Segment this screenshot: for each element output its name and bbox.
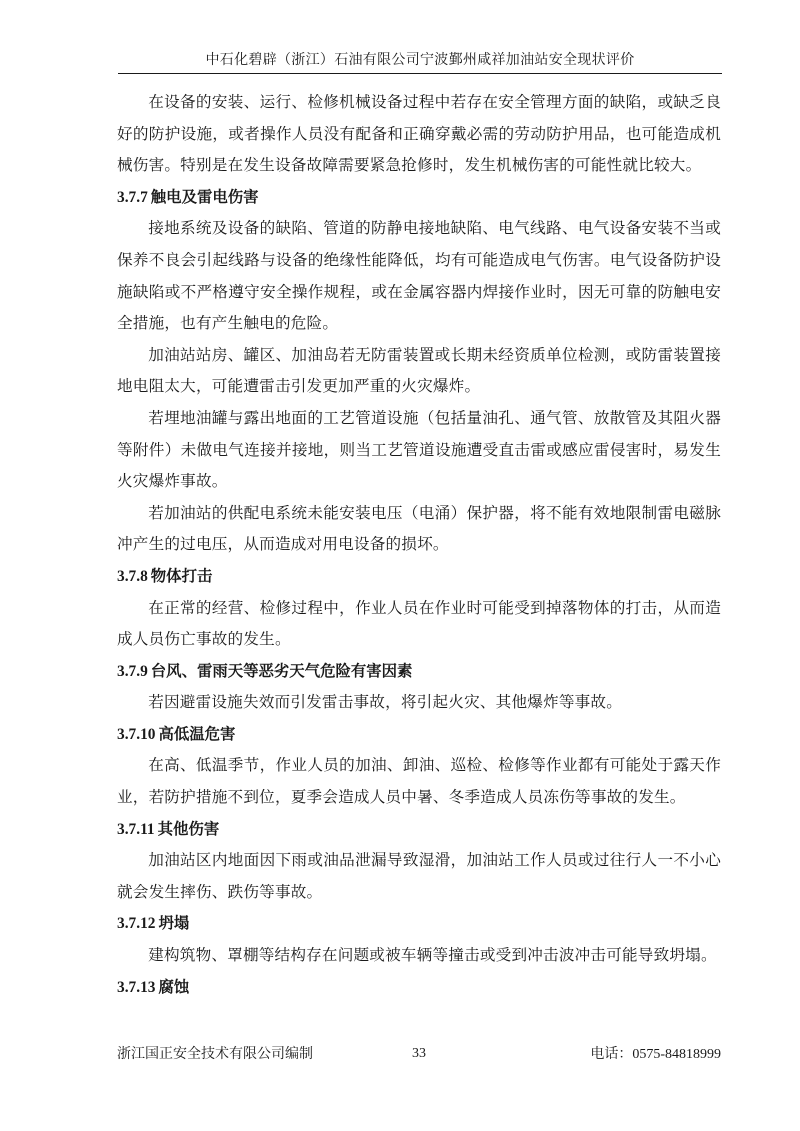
section-title: 坍塌	[158, 914, 189, 932]
section-number: 3.7.10	[117, 726, 155, 743]
section-number: 3.7.12	[117, 915, 155, 932]
section-number: 3.7.7	[117, 189, 148, 206]
paragraph: 在高、低温季节，作业人员的加油、卸油、巡检、检修等作业都有可能处于露天作业，若防…	[117, 750, 721, 813]
section-heading: 3.7.11其他伤害	[117, 814, 721, 846]
section-heading: 3.7.13腐蚀	[117, 972, 721, 1004]
section-title: 物体打击	[151, 567, 213, 585]
page-number: 33	[412, 1043, 426, 1065]
section-title: 触电及雷电伤害	[151, 188, 259, 206]
section-number: 3.7.9	[117, 663, 148, 680]
footer-publisher: 浙江国正安全技术有限公司编制	[117, 1043, 313, 1065]
section-title: 高低温危害	[158, 725, 235, 743]
paragraph: 在正常的经营、检修过程中，作业人员在作业时可能受到掉落物体的打击，从而造成人员伤…	[117, 593, 721, 656]
document-title: 中石化碧辟（浙江）石油有限公司宁波鄞州咸祥加油站安全现状评价	[206, 52, 635, 68]
page-content: 在设备的安装、运行、检修机械设备过程中若存在安全管理方面的缺陷，或缺乏良好的防护…	[117, 87, 721, 1003]
section-number: 3.7.13	[117, 979, 155, 996]
footer-phone: 电话：0575-84818999	[590, 1043, 721, 1066]
paragraph: 加油站区内地面因下雨或油品泄漏导致湿滑，加油站工作人员或过往行人一不小心就会发生…	[117, 845, 721, 908]
section-3-7-9: 3.7.9台风、雷雨天等恶劣天气危险有害因素 若因避雷设施失效而引发雷击事故，将…	[117, 656, 721, 719]
page-footer: 浙江国正安全技术有限公司编制 33 电话：0575-84818999	[117, 1043, 721, 1065]
section-heading: 3.7.8物体打击	[117, 561, 721, 593]
section-3-7-7: 3.7.7触电及雷电伤害 接地系统及设备的缺陷、管道的防静电接地缺陷、电气线路、…	[117, 182, 721, 561]
section-3-7-12: 3.7.12坍塌 建构筑物、罩棚等结构存在问题或被车辆等撞击或受到冲击波冲击可能…	[117, 908, 721, 971]
section-3-7-8: 3.7.8物体打击 在正常的经营、检修过程中，作业人员在作业时可能受到掉落物体的…	[117, 561, 721, 656]
section-3-7-11: 3.7.11其他伤害 加油站区内地面因下雨或油品泄漏导致湿滑，加油站工作人员或过…	[117, 814, 721, 909]
section-number: 3.7.11	[117, 821, 155, 838]
intro-paragraph: 在设备的安装、运行、检修机械设备过程中若存在安全管理方面的缺陷，或缺乏良好的防护…	[117, 87, 721, 182]
paragraph: 若加油站的供配电系统未能安装电压（电涌）保护器，将不能有效地限制雷电磁脉冲产生的…	[117, 498, 721, 561]
paragraph: 若埋地油罐与露出地面的工艺管道设施（包括量油孔、通气管、放散管及其阻火器等附件）…	[117, 403, 721, 498]
section-title: 台风、雷雨天等恶劣天气危险有害因素	[151, 662, 413, 680]
page-header: 中石化碧辟（浙江）石油有限公司宁波鄞州咸祥加油站安全现状评价	[118, 50, 722, 74]
section-3-7-13: 3.7.13腐蚀	[117, 972, 721, 1004]
paragraph: 若因避雷设施失效而引发雷击事故，将引起火灾、其他爆炸等事故。	[117, 687, 721, 719]
section-heading: 3.7.12坍塌	[117, 908, 721, 940]
paragraph: 接地系统及设备的缺陷、管道的防静电接地缺陷、电气线路、电气设备安装不当或保养不良…	[117, 213, 721, 339]
section-heading: 3.7.9台风、雷雨天等恶劣天气危险有害因素	[117, 656, 721, 688]
section-title: 腐蚀	[158, 978, 189, 996]
paragraph: 建构筑物、罩棚等结构存在问题或被车辆等撞击或受到冲击波冲击可能导致坍塌。	[117, 940, 721, 972]
section-heading: 3.7.10高低温危害	[117, 719, 721, 751]
phone-number: 0575-84818999	[632, 1047, 721, 1062]
phone-label: 电话：	[590, 1046, 632, 1062]
section-number: 3.7.8	[117, 568, 148, 585]
section-title: 其他伤害	[158, 820, 220, 838]
section-3-7-10: 3.7.10高低温危害 在高、低温季节，作业人员的加油、卸油、巡检、检修等作业都…	[117, 719, 721, 814]
paragraph: 加油站站房、罐区、加油岛若无防雷装置或长期未经资质单位检测，或防雷装置接地电阻太…	[117, 340, 721, 403]
section-heading: 3.7.7触电及雷电伤害	[117, 182, 721, 214]
